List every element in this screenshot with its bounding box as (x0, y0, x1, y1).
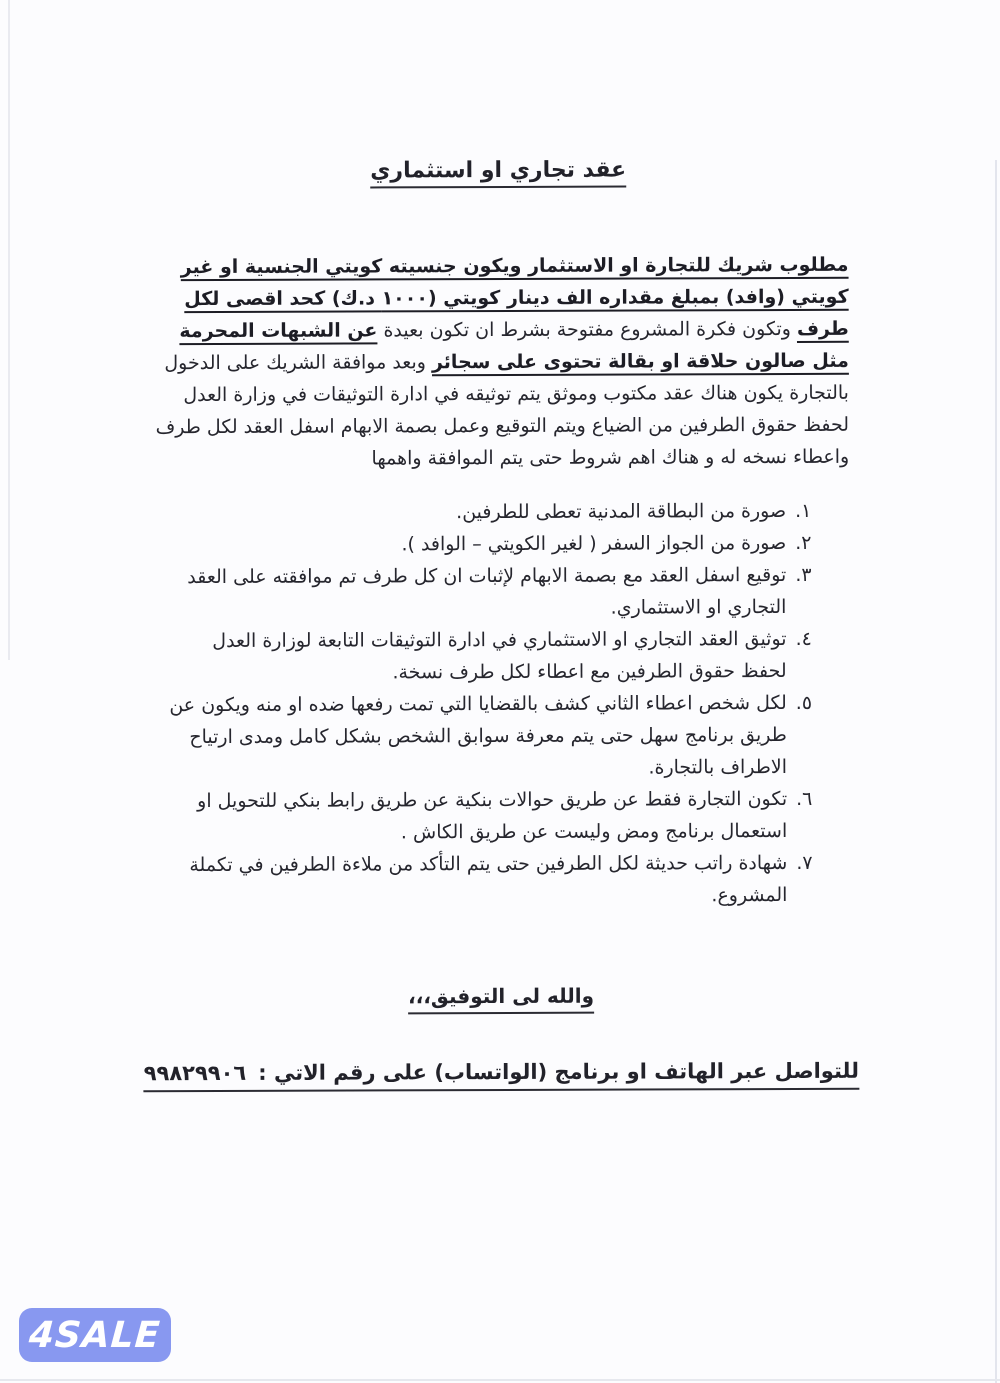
4sale-watermark: 4SALE (19, 1308, 171, 1362)
condition-number: ٣. (795, 559, 811, 591)
condition-number: ٦. (796, 783, 812, 815)
intro-paragraph: مطلوب شريك للتجارة او الاستثمار ويكون جن… (146, 249, 849, 475)
scanned-document-page: عقد تجاري او استثماري مطلوب شريك للتجارة… (0, 0, 1000, 1383)
phone-number: ٩٩٨٢٩٩٠٦ (144, 1061, 247, 1085)
intro-segment: وتكون فكرة المشروع مفتوحة بشرط ان تكون ب… (377, 318, 797, 341)
condition-number: ٥. (796, 687, 812, 719)
contact-text: للتواصل عبر الهاتف او برنامج (الواتساب) … (258, 1059, 859, 1085)
contact-line: للتواصل عبر الهاتف او برنامج (الواتساب) … (144, 1059, 859, 1092)
condition-number: ١. (795, 495, 811, 527)
closing-line: والله لى التوفيق،،، (408, 984, 594, 1015)
condition-text: لكل شخص اعطاء الثاني كشف بالقضايا التي ت… (169, 687, 787, 785)
document-content: عقد تجاري او استثماري مطلوب شريك للتجارة… (0, 0, 1000, 1383)
condition-item: ٤.توثيق العقد التجاري او الاستثماري في ا… (120, 623, 812, 689)
condition-text: صورة من الجواز السفر ( لغير الكويتي – ال… (401, 527, 786, 560)
condition-item: ٥.لكل شخص اعطاء الثاني كشف بالقضايا التي… (120, 687, 812, 785)
conditions-list: ١.صورة من البطاقة المدنية تعطى للطرفين.٢… (119, 495, 812, 913)
condition-number: ٤. (795, 623, 811, 655)
condition-text: توقيع اسفل العقد مع بصمة الابهام لإثبات … (168, 559, 786, 625)
condition-item: ٦.تكون التجارة فقط عن طريق حوالات بنكية … (120, 783, 812, 849)
condition-item: ٢.صورة من الجواز السفر ( لغير الكويتي – … (119, 527, 811, 561)
condition-text: شهادة راتب حديثة لكل الطرفين حتى يتم الت… (169, 847, 787, 913)
condition-item: ٧.شهادة راتب حديثة لكل الطرفين حتى يتم ا… (121, 847, 813, 913)
condition-text: صورة من البطاقة المدنية تعطى للطرفين. (456, 495, 786, 528)
document-title: عقد تجاري او استثماري (370, 158, 626, 189)
4sale-logo-text: 4SALE (28, 1315, 162, 1356)
condition-number: ٧. (796, 847, 812, 879)
condition-text: تكون التجارة فقط عن طريق حوالات بنكية عن… (169, 783, 787, 849)
condition-text: توثيق العقد التجاري او الاستثماري في ادا… (169, 623, 787, 689)
condition-item: ٣.توقيع اسفل العقد مع بصمة الابهام لإثبا… (120, 559, 812, 625)
condition-item: ١.صورة من البطاقة المدنية تعطى للطرفين. (119, 495, 811, 529)
condition-number: ٢. (795, 527, 811, 559)
